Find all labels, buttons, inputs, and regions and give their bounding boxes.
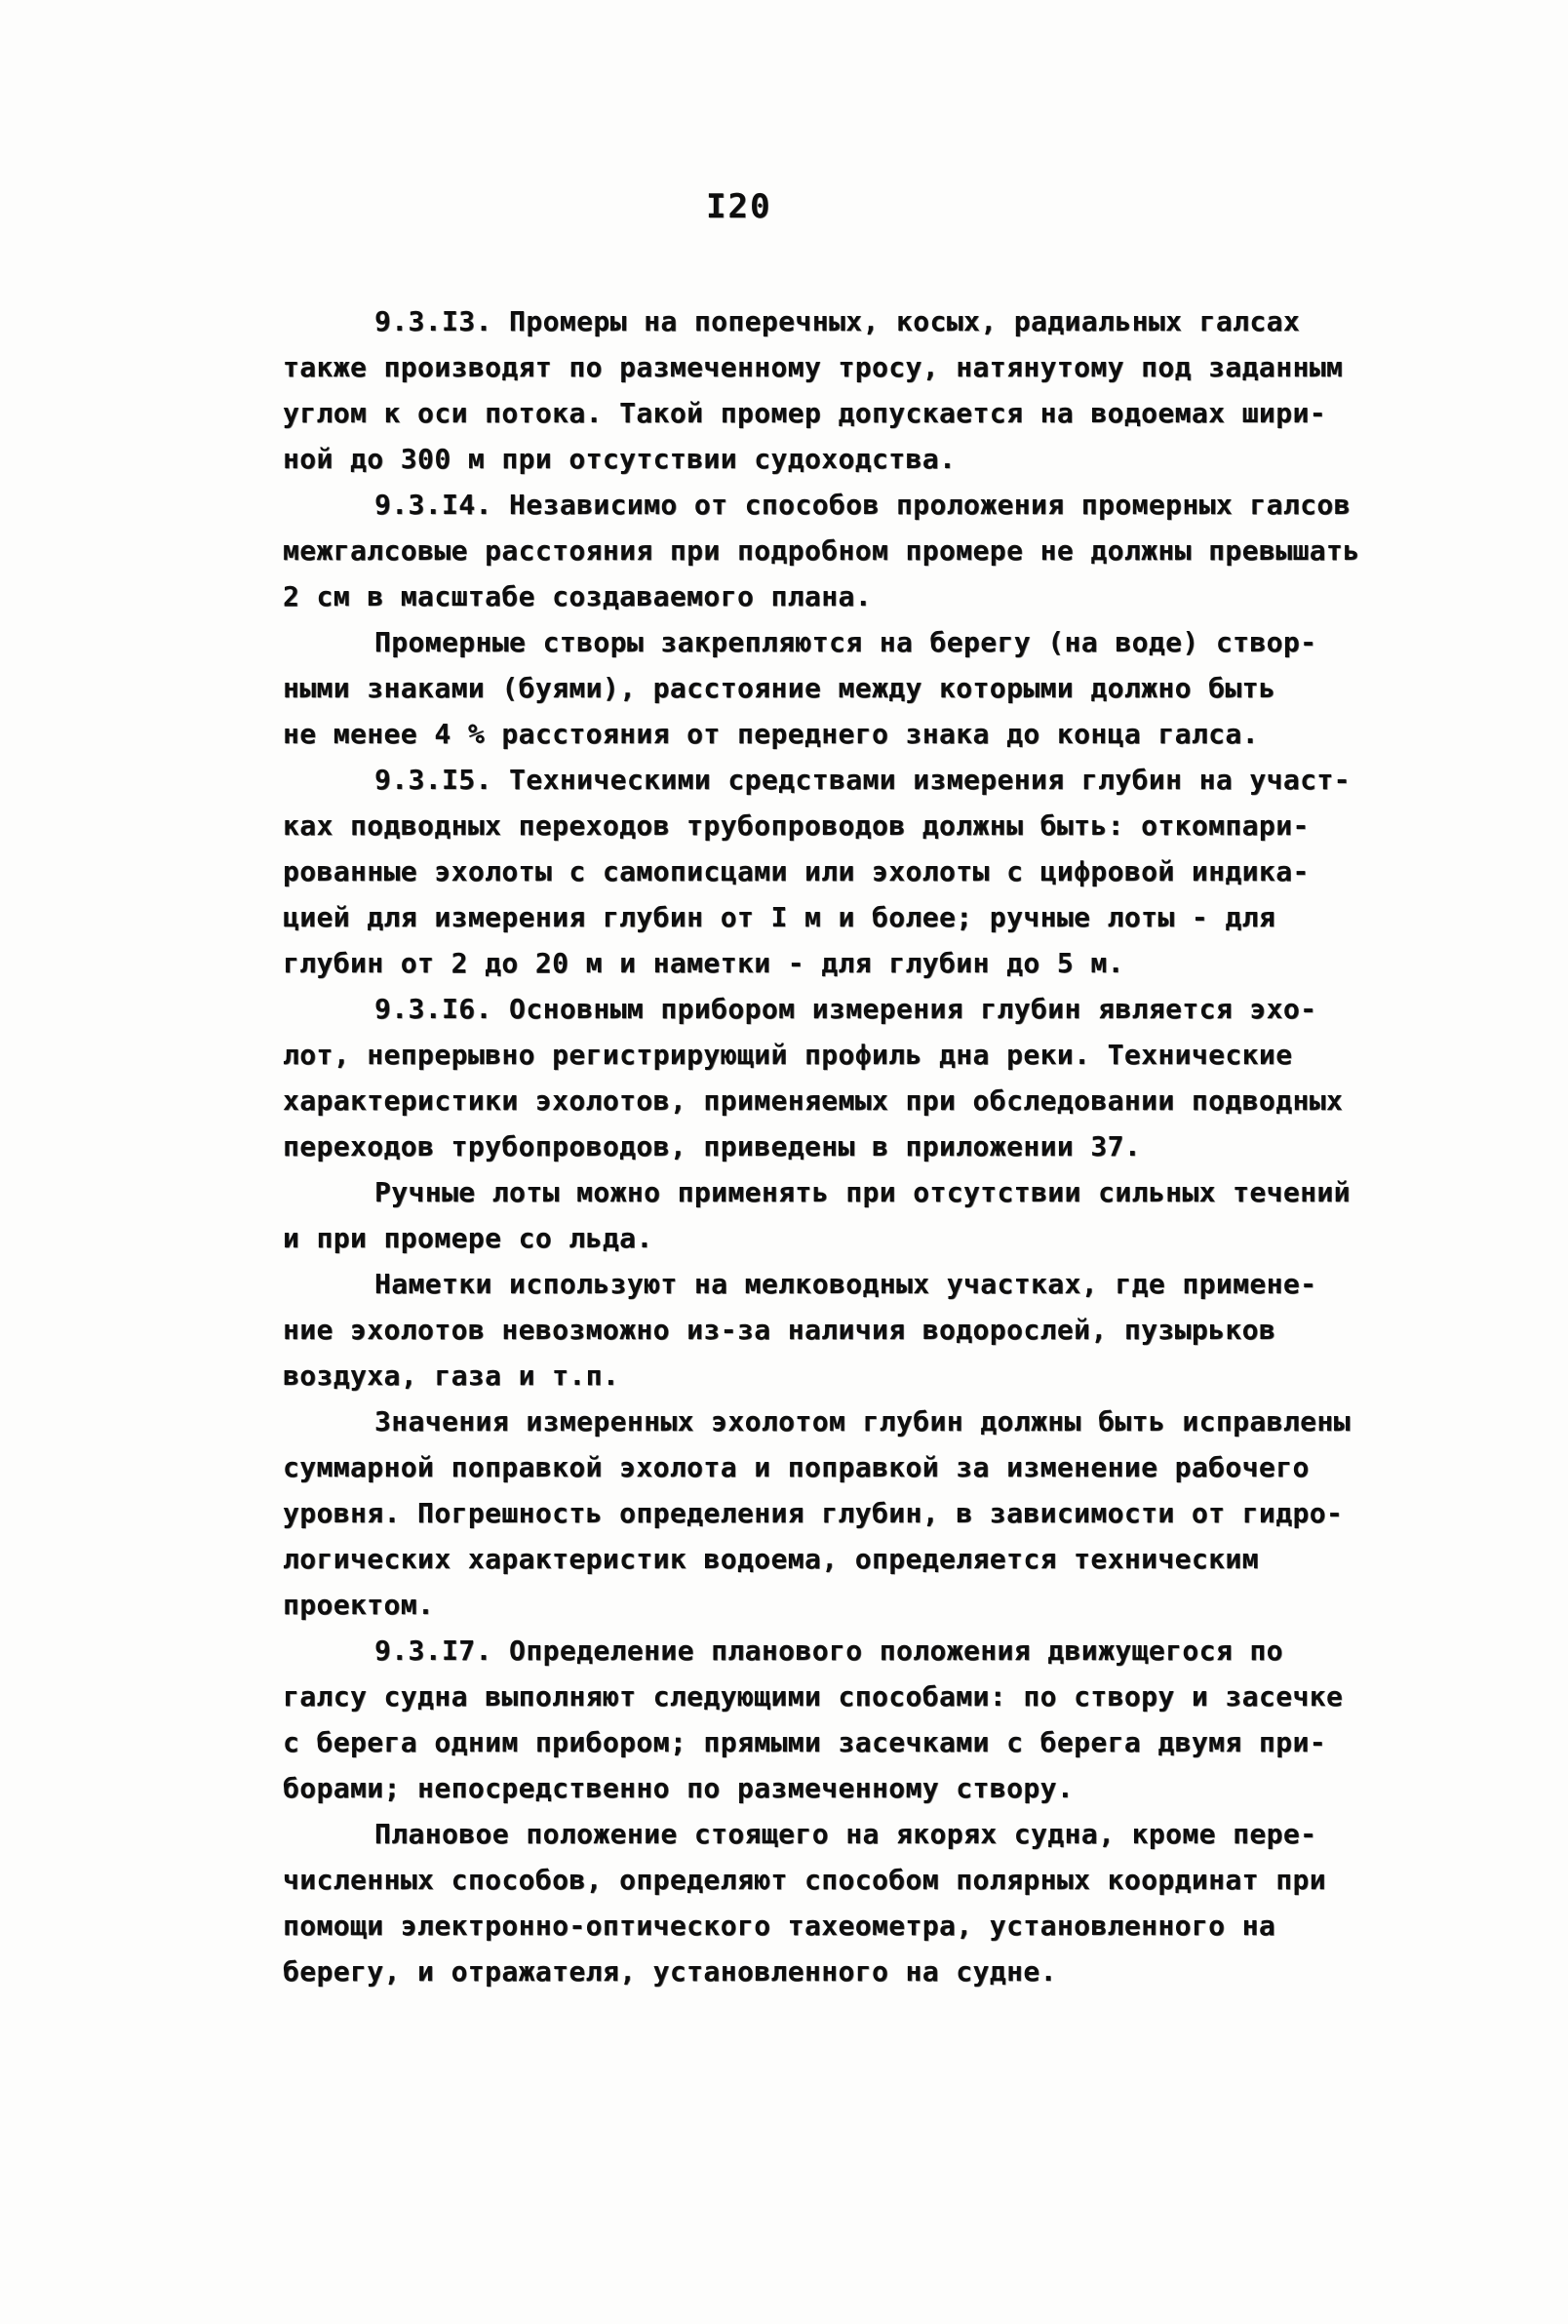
page-number: I20: [706, 187, 771, 226]
text-line: ках подводных переходов трубопроводов до…: [283, 803, 1331, 848]
text-line: Ручные лоты можно применять при отсутств…: [283, 1169, 1331, 1215]
text-line: углом к оси потока. Такой промер допуска…: [283, 390, 1331, 436]
text-line: ние эхолотов невозможно из-за наличия во…: [283, 1307, 1331, 1353]
text-line: численных способов, определяют способом …: [283, 1857, 1331, 1903]
text-line: с берега одним прибором; прямыми засечка…: [283, 1719, 1331, 1765]
text-line: Наметки используют на мелководных участк…: [283, 1261, 1331, 1307]
text-line: помощи электронно-оптического тахеометра…: [283, 1903, 1331, 1949]
text-line: суммарной поправкой эхолота и поправкой …: [283, 1444, 1331, 1490]
text-line: также производят по размеченному тросу, …: [283, 344, 1331, 390]
text-line: 9.3.I4. Независимо от способов проложени…: [283, 482, 1331, 528]
text-line: 9.3.I3. Промеры на поперечных, косых, ра…: [283, 298, 1331, 344]
text-line: лот, непрерывно регистрирующий профиль д…: [283, 1032, 1331, 1078]
document-text-block: 9.3.I3. Промеры на поперечных, косых, ра…: [283, 298, 1331, 1994]
text-line: галсу судна выполняют следующими способа…: [283, 1674, 1331, 1719]
text-line: 9.3.I7. Определение планового положения …: [283, 1628, 1331, 1674]
text-line: уровня. Погрешность определения глубин, …: [283, 1490, 1331, 1536]
text-line: берегу, и отражателя, установленного на …: [283, 1949, 1331, 1994]
text-line: 9.3.I6. Основным прибором измерения глуб…: [283, 986, 1331, 1032]
text-line: ной до 300 м при отсутствии судоходства.: [283, 436, 1331, 482]
text-line: борами; непосредственно по размеченному …: [283, 1765, 1331, 1811]
text-line: и при промере со льда.: [283, 1215, 1331, 1261]
text-line: Плановое положение стоящего на якорях су…: [283, 1811, 1331, 1857]
text-line: проектом.: [283, 1582, 1331, 1628]
text-line: 2 см в масштабе создаваемого плана.: [283, 573, 1331, 619]
text-line: межгалсовые расстояния при подробном про…: [283, 528, 1331, 573]
text-line: Значения измеренных эхолотом глубин долж…: [283, 1398, 1331, 1444]
text-line: Промерные створы закрепляются на берегу …: [283, 619, 1331, 665]
text-line: глубин от 2 до 20 м и наметки - для глуб…: [283, 940, 1331, 986]
text-line: цией для измерения глубин от I м и более…: [283, 894, 1331, 940]
text-line: воздуха, газа и т.п.: [283, 1353, 1331, 1398]
scanned-document-page: I20 9.3.I3. Промеры на поперечных, косых…: [0, 0, 1568, 2324]
text-line: 9.3.I5. Техническими средствами измерени…: [283, 757, 1331, 803]
text-line: ными знаками (буями), расстояние между к…: [283, 665, 1331, 711]
text-line: логических характеристик водоема, опреде…: [283, 1536, 1331, 1582]
text-line: переходов трубопроводов, приведены в при…: [283, 1123, 1331, 1169]
text-line: не менее 4 % расстояния от переднего зна…: [283, 711, 1331, 757]
text-line: рованные эхолоты с самописцами или эхоло…: [283, 848, 1331, 894]
text-line: характеристики эхолотов, применяемых при…: [283, 1078, 1331, 1123]
